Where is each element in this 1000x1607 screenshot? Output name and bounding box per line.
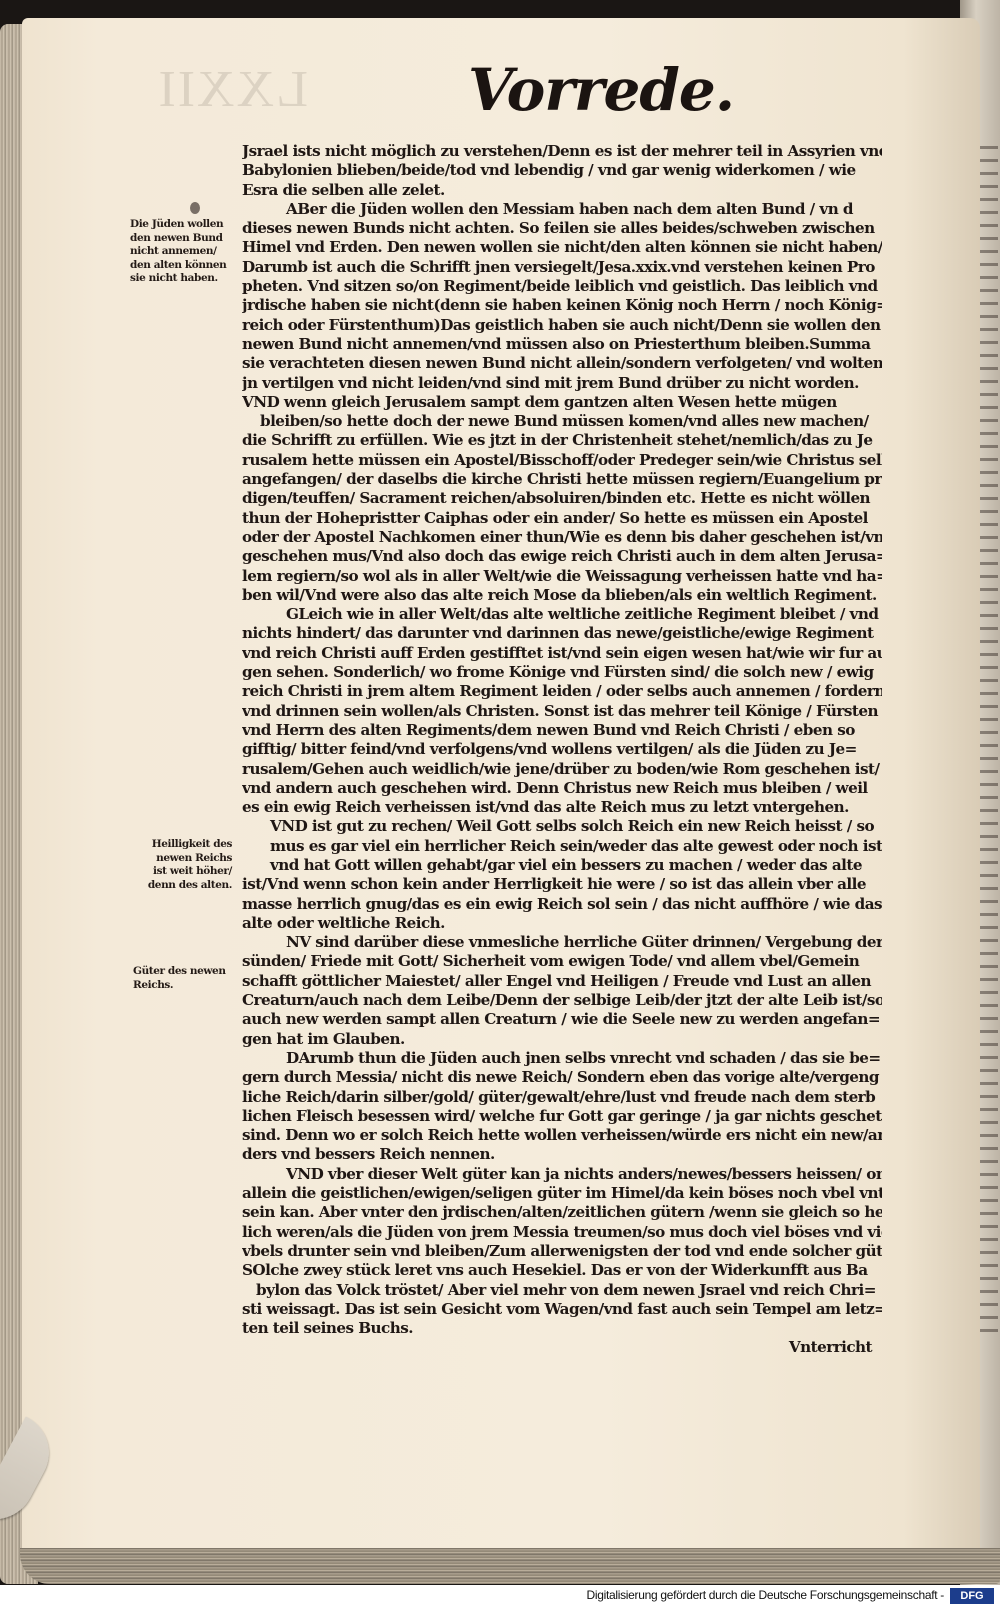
catchword: Vnterricht [242, 1338, 882, 1357]
text-line: alte oder weltliche Reich. [242, 914, 882, 933]
text-line: Jsrael ists nicht möglich zu verstehen/D… [242, 142, 882, 161]
text-line: dieses newen Bunds nicht achten. So feil… [242, 219, 882, 238]
text-line: masse herrlich gnug/das es ein ewig Reic… [242, 895, 882, 914]
text-line: Himel vnd Erden. Den newen wollen sie ni… [242, 238, 882, 257]
book-scan: LXXII Vorrede. Die Jüden wollen den newe… [0, 0, 1000, 1585]
text-line: bleiben/so hette doch der newe Bund müss… [242, 412, 882, 431]
running-title: Vorrede. [468, 58, 668, 122]
text-line: gen sehen. Sonderlich/ wo frome Könige v… [242, 663, 882, 682]
ink-mark [190, 202, 200, 214]
text-line: digen/teuffen/ Sacrament reichen/absolui… [242, 489, 882, 508]
text-line: vnd andern auch geschehen wird. Denn Chr… [242, 779, 882, 798]
marginal-note: Güter des newen Reichs. [133, 965, 231, 992]
text-line: bylon das Volck tröstet/ Aber viel mehr … [242, 1281, 882, 1300]
text-line: ist/Vnd wenn schon kein ander Herrligkei… [242, 875, 882, 894]
text-line: angefangen/ der daselbs die kirche Chris… [242, 470, 882, 489]
text-line: newen Bund nicht annemen/vnd müssen also… [242, 335, 882, 354]
marginal-note: Heilligkeit des newen Reichs ist weit hö… [140, 838, 232, 892]
text-line: sti weissagt. Das ist sein Gesicht vom W… [242, 1300, 882, 1319]
body-text: Jsrael ists nicht möglich zu verstehen/D… [242, 142, 882, 1358]
text-line: liche Reich/darin silber/gold/ güter/gew… [242, 1088, 882, 1107]
paragraph-start: SOlche zwey stück leret vns auch Hesekie… [242, 1261, 882, 1280]
text-line: gifftig/ bitter feind/vnd verfolgens/vnd… [242, 740, 882, 759]
text-line: ben wil/Vnd were also das alte reich Mos… [242, 586, 882, 605]
funding-credit: Digitalisierung gefördert durch die Deut… [587, 1588, 945, 1602]
paragraph-start: ABer die Jüden wollen den Messiam haben … [242, 200, 882, 219]
marginal-note: Die Jüden wollen den newen Bund nicht an… [130, 218, 228, 286]
text-line: reich Christi in jrem altem Regiment lei… [242, 682, 882, 701]
footer-bar: Digitalisierung gefördert durch die Deut… [0, 1585, 1000, 1607]
bleed-through-folio: LXXII [218, 60, 308, 116]
text-line: Darumb ist auch die Schrifft jnen versie… [242, 258, 882, 277]
text-line: vnd drinnen sein wollen/als Christen. So… [242, 702, 882, 721]
text-line: rusalem hette müssen ein Apostel/Bisscho… [242, 451, 882, 470]
paragraph-start: NV sind darüber diese vnmesliche herrlic… [242, 933, 882, 952]
text-line: lichen Fleisch besessen wird/ welche fur… [242, 1107, 882, 1126]
paragraph-start: GLeich wie in aller Welt/das alte weltli… [242, 605, 882, 624]
text-line: jrdische haben sie nicht(denn sie haben … [242, 296, 882, 315]
text-line: rusalem/Gehen auch weidlich/wie jene/drü… [242, 760, 882, 779]
text-line: geschehen mus/Vnd also doch das ewige re… [242, 547, 882, 566]
paragraph-start: VND wenn gleich Jerusalem sampt dem gant… [242, 393, 882, 412]
paragraph-start: VND ist gut zu rechen/ Weil Gott selbs s… [242, 817, 882, 836]
text-line: lem regiern/so wol als in aller Welt/wie… [242, 567, 882, 586]
text-line: Creaturn/auch nach dem Leibe/Denn der se… [242, 991, 882, 1010]
text-line: jn vertilgen vnd nicht leiden/vnd sind m… [242, 374, 882, 393]
text-line: vbels drunter sein vnd bleiben/Zum aller… [242, 1242, 882, 1261]
text-line: gern durch Messia/ nicht dis newe Reich/… [242, 1068, 882, 1087]
text-line: schafft göttlicher Maiestet/ aller Engel… [242, 972, 882, 991]
dfg-logo-icon: DFG [950, 1588, 994, 1604]
text-line: die Schrifft zu erfüllen. Wie es jtzt in… [242, 431, 882, 450]
text-line: sünden/ Friede mit Gott/ Sicherheit vom … [242, 952, 882, 971]
text-line: Babylonien blieben/beide/tod vnd lebendi… [242, 161, 882, 180]
text-line: thun der Hohepristter Caiphas oder ein a… [242, 509, 882, 528]
text-line: oder der Apostel Nachkomen einer thun/Wi… [242, 528, 882, 547]
text-line: ders vnd bessers Reich nennen. [242, 1145, 882, 1164]
text-line: vnd Herrn des alten Regiments/dem newen … [242, 721, 882, 740]
text-line: lich weren/als die Jüden von jrem Messia… [242, 1223, 882, 1242]
text-line: reich oder Fürstenthum)Das geistlich hab… [242, 316, 882, 335]
text-line: gen hat im Glauben. [242, 1030, 882, 1049]
text-line: ten teil seines Buchs. [242, 1319, 882, 1338]
text-line: auch new werden sampt allen Creaturn / w… [242, 1010, 882, 1029]
text-line: vnd hat Gott willen gehabt/gar viel ein … [242, 856, 882, 875]
text-line: nichts hindert/ das darunter vnd darinne… [242, 624, 882, 643]
text-line: sie verachteten diesen newen Bund nicht … [242, 354, 882, 373]
text-line: Esra die selben alle zelet. [242, 181, 882, 200]
text-line: vnd reich Christi auff Erden gestifftet … [242, 644, 882, 663]
page-bottom-edge [20, 1548, 1000, 1584]
paragraph-start: DArumb thun die Jüden auch jnen selbs vn… [242, 1049, 882, 1068]
text-line: sein kan. Aber vnter den jrdischen/alten… [242, 1203, 882, 1222]
paragraph-start: VND vber dieser Welt güter kan ja nichts… [242, 1165, 882, 1184]
text-line: allein die geistlichen/ewigen/seligen gü… [242, 1184, 882, 1203]
text-line: pheten. Vnd sitzen so/on Regiment/beide … [242, 277, 882, 296]
text-line: es ein ewig Reich verheissen ist/vnd das… [242, 798, 882, 817]
text-line: mus es gar viel ein herrlicher Reich sei… [242, 837, 882, 856]
text-line: sind. Denn wo er solch Reich hette wolle… [242, 1126, 882, 1145]
